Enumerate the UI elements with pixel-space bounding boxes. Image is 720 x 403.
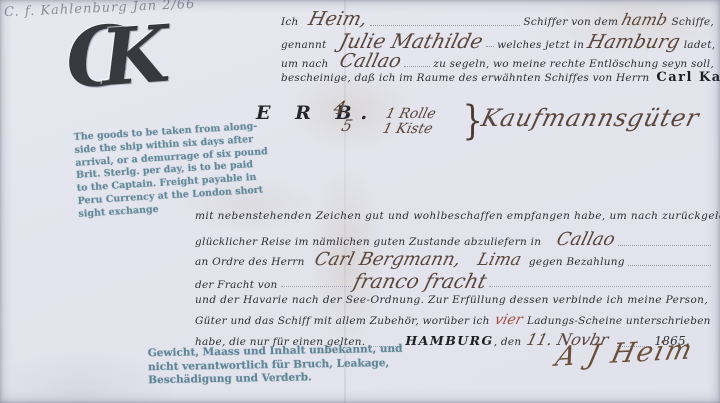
header-line-4: bescheinige, daß ich im Raume des erwähn…	[281, 70, 714, 89]
curly-brace: }	[463, 98, 483, 144]
form-text: der Fracht von	[195, 279, 278, 291]
closing-line-1: und der Havarie nach der See-Ordnung. Zu…	[195, 294, 714, 312]
form-text: , den	[494, 336, 522, 348]
form-text: bescheinige, daß ich im Raume des erwähn…	[281, 72, 649, 84]
form-text: und der Havarie nach der See-Ordnung. Zu…	[195, 294, 708, 306]
cargo-mark-letters: E R B.	[256, 102, 376, 124]
closing-line-2: Güter und das Schiff mit allem Zubehör, …	[195, 312, 714, 330]
monogram-letter-k: K	[98, 9, 172, 105]
receipt-line-1: mit nebenstehenden Zeichen gut und wohlb…	[195, 210, 714, 229]
receipt-line-2: glücklicher Reise im nämlichen guten Zus…	[195, 229, 714, 249]
form-text: Schiffer von dem	[523, 16, 618, 28]
hw-captain-name: Heim,	[306, 8, 369, 30]
hw-goods-description: Kaufmannsgüter	[479, 104, 703, 132]
bill-of-lading-document: C. f. Kahlenburg Jan 2/66 CK Ich Heim, S…	[0, 0, 720, 403]
form-text: zu segeln, wo meine rechte Entlöschung s…	[433, 58, 714, 70]
hw-delivery-port: Callao	[555, 229, 618, 250]
hw-flag: hamb	[620, 10, 670, 29]
dotted-leader	[281, 269, 351, 287]
form-text: genannt	[281, 39, 326, 51]
dotted-leader	[618, 229, 711, 246]
hw-consignee-city: Lima	[475, 250, 523, 270]
form-text: Güter und das Schiff mit allem Zubehör, …	[195, 315, 490, 327]
form-text: mit nebenstehenden Zeichen gut und wohlb…	[195, 210, 720, 222]
hw-consignee-name: Carl Bergmann,	[312, 249, 463, 270]
form-text: gegen Bezahlung	[529, 256, 625, 268]
dotted-leader	[628, 249, 711, 266]
city-label: HAMBURG	[405, 333, 493, 348]
receipt-line-4: der Fracht von franco fracht	[195, 269, 714, 290]
form-text: um nach	[281, 58, 328, 70]
signature-block: A J Heim	[556, 338, 693, 369]
hw-copies-count: vier	[493, 312, 524, 328]
header-line-1: Ich Heim, Schiffer von dem hamb Schiffe,	[281, 8, 714, 29]
form-text: ladet,	[684, 39, 716, 51]
liability-stamp: Gewicht, Maass und Inhalt unbekannt, und…	[148, 343, 403, 388]
header-line-2: genannt Julie Mathilde welches jetzt in …	[281, 29, 714, 50]
hw-destination-port: Callao	[338, 50, 404, 72]
receipt-paragraph: mit nebenstehenden Zeichen gut und wohlb…	[195, 210, 714, 290]
form-text: glücklicher Reise im nämlichen guten Zus…	[195, 236, 541, 248]
hw-freight-terms: franco fracht	[351, 269, 489, 293]
form-text: Ich	[281, 16, 299, 28]
hw-quantity-2: 1 Kiste	[381, 121, 434, 137]
conditions-stamp: The goods to be taken from along- side t…	[73, 120, 271, 221]
dotted-leader	[370, 8, 521, 26]
dotted-leader	[489, 269, 711, 287]
receipt-line-3: an Ordre des Herrn Carl Bergmann, Lima g…	[195, 249, 714, 269]
hw-loading-port: Hamburg	[585, 31, 682, 53]
form-text: Ladungs-Scheine unterschrieben	[527, 315, 711, 327]
form-text: an Ordre des Herrn	[195, 256, 305, 268]
hw-quantity-1: 1 Rolle	[384, 106, 438, 122]
header-block: Ich Heim, Schiffer von dem hamb Schiffe,…	[281, 8, 714, 89]
form-text: welches jetzt in	[497, 39, 584, 51]
dotted-leader	[486, 29, 494, 47]
shipper-name: Carl Kahlenberg	[656, 70, 720, 85]
hw-signature: A J Heim	[552, 334, 696, 373]
form-text: Schiffe,	[671, 16, 714, 28]
monogram-ck: CK	[63, 5, 173, 108]
header-line-3: um nach Callao zu segeln, wo meine recht…	[281, 50, 714, 70]
